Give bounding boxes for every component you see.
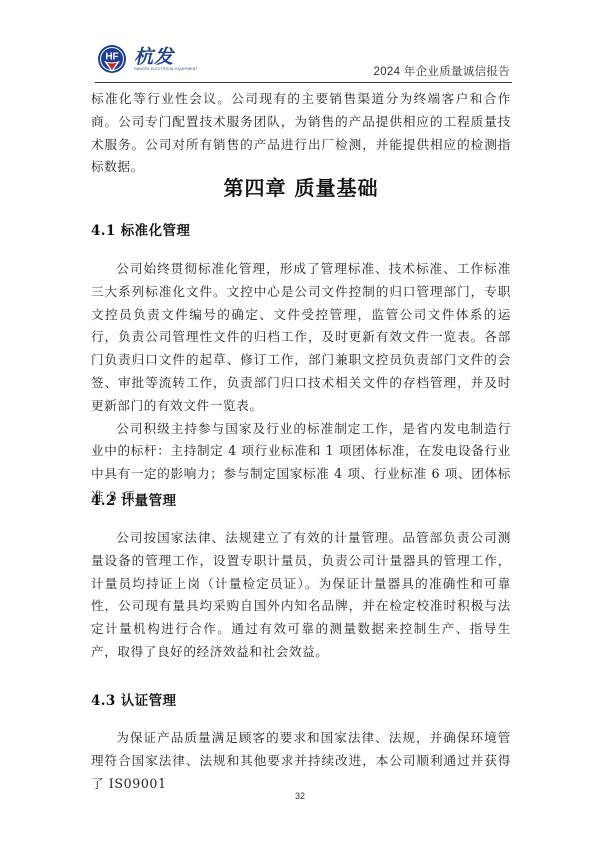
document-page: HF 杭发 HANGFA ELECTRICAL EQUIPMENT 2024 年… — [0, 0, 600, 852]
logo-wordmark: 杭发 HANGFA ELECTRICAL EQUIPMENT — [134, 47, 198, 72]
company-logo: HF 杭发 HANGFA ELECTRICAL EQUIPMENT — [97, 40, 198, 78]
svg-text:HF: HF — [105, 52, 118, 63]
section-4-3-body: 为保证产品质量满足顾客的要求和国家法律、法规，并确保环境管理符合国家法律、法规和… — [91, 727, 511, 795]
hf-badge-icon: HF — [97, 44, 127, 74]
chapter-title: 第四章 质量基础 — [91, 172, 511, 201]
page-header: HF 杭发 HANGFA ELECTRICAL EQUIPMENT 2024 年… — [95, 38, 512, 83]
section-4-3-paragraph-1: 为保证产品质量满足顾客的要求和国家法律、法规，并确保环境管理符合国家法律、法规和… — [91, 727, 511, 795]
logo-english-name: HANGFA ELECTRICAL EQUIPMENT — [134, 67, 198, 72]
intro-block: 标准化等行业性会议。公司现有的主要销售渠道分为终端客户和合作商。公司专门配置技术… — [91, 88, 511, 179]
section-4-2-paragraph-1: 公司按国家法律、法规建立了有效的计量管理。品管部负责公司测量设备的管理工作，设置… — [91, 527, 511, 664]
page-number: 32 — [0, 791, 600, 801]
intro-paragraph: 标准化等行业性会议。公司现有的主要销售渠道分为终端客户和合作商。公司专门配置技术… — [91, 88, 511, 179]
section-title-4-3: 4.3 认证管理 — [91, 689, 176, 709]
section-4-2-body: 公司按国家法律、法规建立了有效的计量管理。品管部负责公司测量设备的管理工作，设置… — [91, 527, 511, 664]
section-4-1-body: 公司始终贯彻标准化管理，形成了管理标准、技术标准、工作标准三大系列标准化文件。文… — [91, 258, 511, 509]
report-title: 2024 年企业质量诚信报告 — [374, 63, 510, 79]
section-4-1-paragraph-1: 公司始终贯彻标准化管理，形成了管理标准、技术标准、工作标准三大系列标准化文件。文… — [91, 258, 511, 418]
logo-chinese-name: 杭发 — [134, 47, 174, 67]
section-title-4-2: 4.2 计量管理 — [91, 489, 176, 509]
section-title-4-1: 4.1 标准化管理 — [91, 219, 190, 239]
